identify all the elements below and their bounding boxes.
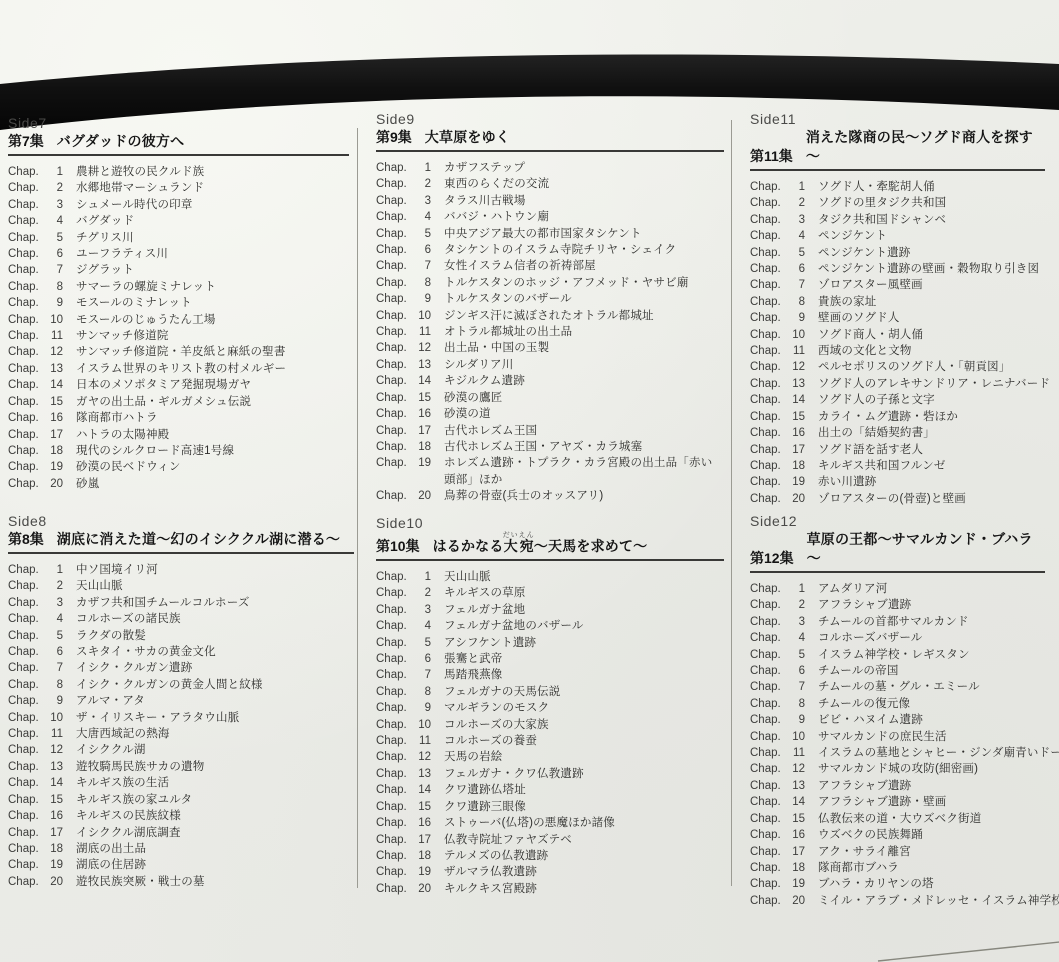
- section-heading: 第8集湖底に消えた道～幻のイシククル湖に潜る～: [8, 530, 354, 554]
- chapter-title: 古代ホレズム王国: [444, 423, 724, 439]
- chapter-number: 14: [410, 782, 431, 798]
- chapter-label: Chap.: [8, 394, 42, 410]
- chapter-row: Chap.12出土品・中国の玉製: [376, 340, 724, 356]
- chapter-row: Chap.17仏教寺院址ファヤズテベ: [376, 832, 724, 848]
- chapter-row: Chap.19ホレズム遺跡・トプラク・カラ宮殿の出土品「赤い頭部」ほか: [376, 455, 724, 488]
- chapter-number: 2: [784, 195, 805, 211]
- chapter-label: Chap.: [750, 310, 784, 326]
- chapter-number: 9: [784, 310, 805, 326]
- chapter-row: Chap.4ババジ・ハトウン廟: [376, 209, 724, 225]
- chapter-row: Chap.16隊商都市ハトラ: [8, 410, 349, 426]
- chapter-row: Chap.17イシククル湖底調査: [8, 825, 354, 841]
- chapter-title: 水郷地帯マーシュランド: [76, 180, 349, 196]
- chapter-row: Chap.11サンマッチ修道院: [8, 328, 349, 344]
- section-title-ruby: 大宛だいえん: [504, 538, 534, 554]
- chapter-label: Chap.: [8, 644, 42, 660]
- chapter-number: 14: [42, 775, 63, 791]
- chapter-number: 17: [410, 423, 431, 439]
- chapter-number: 6: [410, 651, 431, 667]
- chapter-title: コルホーズの諸民族: [76, 611, 354, 627]
- chapter-row: Chap.18キルギス共和国フルンゼ: [750, 458, 1045, 474]
- chapter-label: Chap.: [750, 261, 784, 277]
- chapter-number: 20: [42, 476, 63, 492]
- chapter-label: Chap.: [8, 279, 42, 295]
- chapter-number: 3: [410, 602, 431, 618]
- chapter-label: Chap.: [376, 357, 410, 373]
- chapter-number: 8: [410, 684, 431, 700]
- chapter-number: 5: [42, 628, 63, 644]
- section-heading: 第11集消えた隊商の民～ソグド商人を探す～: [750, 128, 1045, 171]
- chapter-label: Chap.: [376, 766, 410, 782]
- chapter-title: チムールの首都サマルカンド: [818, 614, 1045, 630]
- chapter-row: Chap.6ペンジケント遺跡の壁画・穀物取り引き図: [750, 261, 1045, 277]
- chapter-title: チムールの帝国: [818, 663, 1045, 679]
- chapter-row: Chap.2水郷地帯マーシュランド: [8, 180, 349, 196]
- chapter-title: アムダリア河: [818, 581, 1045, 597]
- chapter-number: 10: [410, 308, 431, 324]
- volume-label: 第8集: [8, 530, 44, 549]
- chapter-number: 20: [784, 893, 805, 909]
- chapter-title: ソグド人のアレキサンドリア・レニナバード: [818, 376, 1050, 392]
- section-title-prefix: はるかなる: [433, 538, 504, 554]
- chapter-label: Chap.: [376, 258, 410, 274]
- chapter-number: 7: [410, 258, 431, 274]
- side-section-side7: Side7第7集バグダッドの彼方へChap.1農耕と遊牧の民クルド族Chap.2…: [8, 116, 349, 492]
- chapter-number: 20: [410, 881, 431, 897]
- chapter-title: キルギスの草原: [444, 585, 724, 601]
- chapter-label: Chap.: [376, 881, 410, 897]
- chapter-number: 7: [410, 667, 431, 683]
- chapter-number: 17: [42, 427, 63, 443]
- chapter-number: 7: [42, 660, 63, 676]
- chapter-row: Chap.14アフラシャブ遺跡・壁画: [750, 794, 1045, 810]
- chapter-label: Chap.: [376, 585, 410, 601]
- chapter-number: 2: [410, 585, 431, 601]
- chapter-number: 18: [42, 841, 63, 857]
- chapter-row: Chap.4バグダッド: [8, 213, 349, 229]
- chapter-number: 5: [42, 230, 63, 246]
- chapter-title: キルギス共和国フルンゼ: [818, 458, 1045, 474]
- chapter-row: Chap.5アシフケント遺跡: [376, 635, 724, 651]
- chapter-row: Chap.5ペンジケント遺跡: [750, 245, 1045, 261]
- chapter-list: Chap.1アムダリア河Chap.2アフラシャブ遺跡Chap.3チムールの首都サ…: [750, 581, 1045, 909]
- chapter-number: 15: [410, 799, 431, 815]
- chapter-title: キルギスの民族紋様: [76, 808, 354, 824]
- chapter-title: キルクキス宮殿跡: [444, 881, 724, 897]
- chapter-title: シルダリア川: [444, 357, 724, 373]
- chapter-title: アフラシャブ遺跡: [818, 778, 1045, 794]
- chapter-label: Chap.: [750, 647, 784, 663]
- chapter-label: Chap.: [750, 844, 784, 860]
- chapter-number: 14: [410, 373, 431, 389]
- chapter-row: Chap.11イスラムの墓地とシャヒー・ジンダ廟青いドーム: [750, 745, 1045, 761]
- chapter-label: Chap.: [8, 377, 42, 393]
- chapter-row: Chap.2東西のらくだの交流: [376, 176, 724, 192]
- chapter-label: Chap.: [750, 442, 784, 458]
- volume-label: 第11集: [750, 147, 793, 166]
- chapter-label: Chap.: [376, 749, 410, 765]
- chapter-label: Chap.: [8, 710, 42, 726]
- chapter-row: Chap.19ザルマラ仏教遺跡: [376, 864, 724, 880]
- side-label: Side9: [376, 112, 724, 127]
- chapter-title: アク・サライ離宮: [818, 844, 1045, 860]
- chapter-label: Chap.: [8, 857, 42, 873]
- chapter-title: 農耕と遊牧の民クルド族: [76, 164, 349, 180]
- chapter-title: ソグドの里タジク共和国: [818, 195, 1045, 211]
- chapter-row: Chap.9壁画のソグド人: [750, 310, 1045, 326]
- chapter-label: Chap.: [750, 359, 784, 375]
- chapter-row: Chap.10コルホーズの大家族: [376, 717, 724, 733]
- chapter-label: Chap.: [750, 761, 784, 777]
- chapter-number: 11: [410, 733, 431, 749]
- chapter-number: 3: [410, 193, 431, 209]
- chapter-number: 4: [410, 618, 431, 634]
- chapter-title: キルギス族の生活: [76, 775, 354, 791]
- ruby-base: 大宛: [503, 538, 535, 554]
- chapter-title: ホレズム遺跡・トプラク・カラ宮殿の出土品「赤い頭部」ほか: [444, 455, 724, 488]
- chapter-title: コルホーズの養蚕: [444, 733, 724, 749]
- chapter-number: 14: [784, 794, 805, 810]
- chapter-title: 出土品・中国の玉製: [444, 340, 724, 356]
- chapter-number: 2: [42, 578, 63, 594]
- chapter-row: Chap.20鳥葬の骨壺(兵士のオッスアリ): [376, 488, 724, 504]
- chapter-list: Chap.1農耕と遊牧の民クルド族Chap.2水郷地帯マーシュランドChap.3…: [8, 164, 349, 492]
- chapter-title: ハトラの太陽神殿: [76, 427, 349, 443]
- chapter-row: Chap.20砂嵐: [8, 476, 349, 492]
- chapter-title: 大唐西域記の熱海: [76, 726, 354, 742]
- chapter-number: 19: [42, 459, 63, 475]
- chapter-title: チムールの墓・グル・エミール: [818, 679, 1045, 695]
- chapter-label: Chap.: [8, 312, 42, 328]
- chapter-label: Chap.: [8, 295, 42, 311]
- chapter-label: Chap.: [8, 262, 42, 278]
- chapter-list: Chap.1ソグド人・牽駝胡人俑Chap.2ソグドの里タジク共和国Chap.3タ…: [750, 179, 1045, 507]
- chapter-number: 4: [42, 611, 63, 627]
- chapter-row: Chap.20遊牧民族突厥・戦士の墓: [8, 874, 354, 890]
- chapter-number: 5: [410, 226, 431, 242]
- chapter-row: Chap.7イシク・クルガン遺跡: [8, 660, 354, 676]
- chapter-number: 11: [784, 343, 805, 359]
- chapter-title: 遊牧騎馬民族サカの遺物: [76, 759, 354, 775]
- chapter-label: Chap.: [750, 745, 784, 761]
- chapter-title: バグダッド: [76, 213, 349, 229]
- chapter-row: Chap.17古代ホレズム王国: [376, 423, 724, 439]
- chapter-title: 日本のメソポタミア発掘現場ガヤ: [76, 377, 349, 393]
- section-title: 消えた隊商の民～ソグド商人を探す～: [806, 128, 1045, 166]
- chapter-title: サンマッチ修道院・羊皮紙と麻紙の聖書: [76, 344, 349, 360]
- chapter-row: Chap.19ブハラ・カリヤンの塔: [750, 876, 1045, 892]
- chapter-title: クワ遺跡仏塔址: [444, 782, 724, 798]
- chapter-title: アフラシャブ遺跡: [818, 597, 1045, 613]
- chapter-label: Chap.: [376, 439, 410, 455]
- chapter-label: Chap.: [8, 361, 42, 377]
- chapter-list: Chap.1中ソ国境イリ河Chap.2天山山脈Chap.3カザフ共和国チムールコ…: [8, 562, 354, 890]
- chapter-title: ジンギス汗に滅ぼされたオトラル都城址: [444, 308, 724, 324]
- chapter-label: Chap.: [376, 602, 410, 618]
- chapter-number: 1: [784, 581, 805, 597]
- chapter-label: Chap.: [8, 841, 42, 857]
- chapter-row: Chap.9モスールのミナレット: [8, 295, 349, 311]
- chapter-list: Chap.1天山山脈Chap.2キルギスの草原Chap.3フェルガナ盆地Chap…: [376, 569, 724, 897]
- chapter-row: Chap.13アフラシャブ遺跡: [750, 778, 1045, 794]
- chapter-number: 18: [410, 439, 431, 455]
- chapter-label: Chap.: [750, 712, 784, 728]
- chapter-title: 砂漠の鷹匠: [444, 390, 724, 406]
- chapter-label: Chap.: [8, 476, 42, 492]
- chapter-row: Chap.2アフラシャブ遺跡: [750, 597, 1045, 613]
- chapter-row: Chap.17アク・サライ離宮: [750, 844, 1045, 860]
- chapter-title: サマルカンドの庶民生活: [818, 729, 1045, 745]
- chapter-number: 8: [42, 677, 63, 693]
- chapter-number: 15: [784, 409, 805, 425]
- chapter-title: マルギランのモスク: [444, 700, 724, 716]
- chapter-row: Chap.8貴族の家址: [750, 294, 1045, 310]
- chapter-row: Chap.14キルギス族の生活: [8, 775, 354, 791]
- side-label: Side7: [8, 116, 349, 131]
- chapter-number: 16: [42, 808, 63, 824]
- chapter-row: Chap.16出土の「結婚契約書」: [750, 425, 1045, 441]
- chapter-row: Chap.20ゾロアスターの(骨壺)と壁画: [750, 491, 1045, 507]
- chapter-title: 出土の「結婚契約書」: [818, 425, 1045, 441]
- chapter-row: Chap.7チムールの墓・グル・エミール: [750, 679, 1045, 695]
- chapter-number: 5: [410, 635, 431, 651]
- chapter-title: 赤い川遺跡: [818, 474, 1045, 490]
- chapter-number: 19: [784, 876, 805, 892]
- chapter-row: Chap.12サンマッチ修道院・羊皮紙と麻紙の聖書: [8, 344, 349, 360]
- chapter-row: Chap.13フェルガナ・クワ仏教遺跡: [376, 766, 724, 782]
- chapter-title: 仏教寺院址ファヤズテベ: [444, 832, 724, 848]
- chapter-number: 8: [784, 696, 805, 712]
- chapter-number: 11: [410, 324, 431, 340]
- chapter-label: Chap.: [8, 628, 42, 644]
- side-section-side10: Side10第10集はるかなる大宛だいえん～天馬を求めて～Chap.1天山山脈C…: [376, 516, 724, 897]
- section-title: 草原の王都～サマルカンド・ブハラ～: [807, 530, 1045, 568]
- chapter-number: 6: [410, 242, 431, 258]
- chapter-label: Chap.: [8, 808, 42, 824]
- chapter-title: 湖底の住居跡: [76, 857, 354, 873]
- chapter-row: Chap.5イスラム神学校・レギスタン: [750, 647, 1045, 663]
- section-title: 湖底に消えた道～幻のイシククル湖に潜る～: [57, 530, 340, 549]
- chapter-row: Chap.5中央アジア最大の都市国家タシケント: [376, 226, 724, 242]
- chapter-row: Chap.20キルクキス宮殿跡: [376, 881, 724, 897]
- chapter-row: Chap.6スキタイ・サカの黄金文化: [8, 644, 354, 660]
- chapter-row: Chap.13イスラム世界のキリスト教の村メルギー: [8, 361, 349, 377]
- chapter-title: イスラム神学校・レギスタン: [818, 647, 1045, 663]
- chapter-title: ユーフラティス川: [76, 246, 349, 262]
- chapter-label: Chap.: [750, 212, 784, 228]
- chapter-title: テルメズの仏教遺跡: [444, 848, 724, 864]
- volume-label: 第10集: [376, 537, 420, 556]
- chapter-label: Chap.: [8, 427, 42, 443]
- chapter-number: 4: [784, 630, 805, 646]
- chapter-title: 天山山脈: [76, 578, 354, 594]
- chapter-title: オトラル都城址の出土品: [444, 324, 724, 340]
- chapter-number: 12: [784, 359, 805, 375]
- chapter-title: ババジ・ハトウン廟: [444, 209, 724, 225]
- chapter-row: Chap.1アムダリア河: [750, 581, 1045, 597]
- chapter-number: 16: [410, 815, 431, 831]
- chapter-number: 16: [410, 406, 431, 422]
- chapter-number: 17: [784, 442, 805, 458]
- chapter-number: 10: [42, 710, 63, 726]
- chapter-row: Chap.10ジンギス汗に滅ぼされたオトラル都城址: [376, 308, 724, 324]
- chapter-row: Chap.11コルホーズの養蚕: [376, 733, 724, 749]
- chapter-label: Chap.: [8, 775, 42, 791]
- chapter-title: タラス川古戦場: [444, 193, 724, 209]
- chapter-label: Chap.: [8, 726, 42, 742]
- chapter-row: Chap.17ハトラの太陽神殿: [8, 427, 349, 443]
- chapter-number: 10: [784, 729, 805, 745]
- chapter-number: 14: [42, 377, 63, 393]
- chapter-row: Chap.13ソグド人のアレキサンドリア・レニナバード: [750, 376, 1045, 392]
- chapter-label: Chap.: [376, 291, 410, 307]
- chapter-label: Chap.: [376, 242, 410, 258]
- chapter-number: 2: [42, 180, 63, 196]
- chapter-row: Chap.19湖底の住居跡: [8, 857, 354, 873]
- chapter-row: Chap.6張騫と武帝: [376, 651, 724, 667]
- chapter-row: Chap.10モスールのじゅうたん工場: [8, 312, 349, 328]
- chapter-number: 13: [42, 361, 63, 377]
- chapter-number: 3: [784, 212, 805, 228]
- chapter-row: Chap.11大唐西域記の熱海: [8, 726, 354, 742]
- chapter-title: トルケスタンのホッジ・アフメッド・ヤサビ廟: [444, 275, 724, 291]
- chapter-row: Chap.14クワ遺跡仏塔址: [376, 782, 724, 798]
- chapter-label: Chap.: [8, 230, 42, 246]
- chapter-label: Chap.: [8, 246, 42, 262]
- chapter-label: Chap.: [750, 376, 784, 392]
- chapter-number: 9: [410, 291, 431, 307]
- chapter-number: 7: [784, 679, 805, 695]
- chapter-row: Chap.16ウズベクの民族舞踊: [750, 827, 1045, 843]
- chapter-row: Chap.5ラクダの散髪: [8, 628, 354, 644]
- chapter-row: Chap.12イシククル湖: [8, 742, 354, 758]
- chapter-row: Chap.19砂漠の民ベドウィン: [8, 459, 349, 475]
- chapter-row: Chap.18現代のシルクロード高速1号線: [8, 443, 349, 459]
- chapter-label: Chap.: [750, 294, 784, 310]
- chapter-title: ソグド商人・胡人俑: [818, 327, 1045, 343]
- chapter-row: Chap.1天山山脈: [376, 569, 724, 585]
- chapter-title: 東西のらくだの交流: [444, 176, 724, 192]
- side-section-side12: Side12第12集草原の王都～サマルカンド・ブハラ～Chap.1アムダリア河C…: [750, 514, 1045, 909]
- chapter-label: Chap.: [376, 308, 410, 324]
- chapter-label: Chap.: [376, 193, 410, 209]
- chapter-row: Chap.8フェルガナの天馬伝説: [376, 684, 724, 700]
- chapter-label: Chap.: [376, 488, 410, 504]
- chapter-label: Chap.: [376, 176, 410, 192]
- chapter-number: 19: [784, 474, 805, 490]
- chapter-label: Chap.: [8, 759, 42, 775]
- chapter-row: Chap.1中ソ国境イリ河: [8, 562, 354, 578]
- chapter-row: Chap.9ビビ・ハヌイム遺跡: [750, 712, 1045, 728]
- chapter-row: Chap.13遊牧騎馬民族サカの遺物: [8, 759, 354, 775]
- chapter-title: アフラシャブ遺跡・壁画: [818, 794, 1045, 810]
- side-section-side8: Side8第8集湖底に消えた道～幻のイシククル湖に潜る～Chap.1中ソ国境イリ…: [8, 514, 354, 890]
- chapter-title: フェルガナ・クワ仏教遺跡: [444, 766, 724, 782]
- chapter-row: Chap.15クワ遺跡三眼像: [376, 799, 724, 815]
- chapter-title: イスラムの墓地とシャヒー・ジンダ廟青いドーム: [818, 745, 1059, 761]
- chapter-title: 張騫と武帝: [444, 651, 724, 667]
- chapter-row: Chap.15砂漠の鷹匠: [376, 390, 724, 406]
- chapter-title: 現代のシルクロード高速1号線: [76, 443, 349, 459]
- chapter-number: 12: [42, 344, 63, 360]
- chapter-label: Chap.: [376, 390, 410, 406]
- chapter-label: Chap.: [750, 245, 784, 261]
- chapter-title: スキタイ・サカの黄金文化: [76, 644, 354, 660]
- chapter-label: Chap.: [376, 406, 410, 422]
- chapter-row: Chap.11西域の文化と文物: [750, 343, 1045, 359]
- side-section-side11: Side11第11集消えた隊商の民～ソグド商人を探す～Chap.1ソグド人・牽駝…: [750, 112, 1045, 507]
- chapter-row: Chap.16ストゥーバ(仏塔)の悪魔ほか諸像: [376, 815, 724, 831]
- chapter-row: Chap.15ガヤの出土品・ギルガメシュ伝説: [8, 394, 349, 410]
- chapter-number: 13: [410, 357, 431, 373]
- chapter-label: Chap.: [750, 474, 784, 490]
- chapter-label: Chap.: [376, 700, 410, 716]
- chapter-row: Chap.3タジク共和国ドシャンベ: [750, 212, 1045, 228]
- chapter-title: ザルマラ仏教遺跡: [444, 864, 724, 880]
- chapter-title: チムールの復元像: [818, 696, 1045, 712]
- chapter-number: 3: [784, 614, 805, 630]
- side-label: Side8: [8, 514, 354, 529]
- chapter-row: Chap.14キジルクム遺跡: [376, 373, 724, 389]
- chapter-row: Chap.4コルホーズバザール: [750, 630, 1045, 646]
- chapter-row: Chap.12サマルカンド城の攻防(細密画): [750, 761, 1045, 777]
- chapter-label: Chap.: [376, 275, 410, 291]
- chapter-title: サマルカンド城の攻防(細密画): [818, 761, 1045, 777]
- chapter-label: Chap.: [750, 860, 784, 876]
- chapter-label: Chap.: [8, 328, 42, 344]
- chapter-title: チグリス川: [76, 230, 349, 246]
- chapter-number: 12: [410, 749, 431, 765]
- chapter-label: Chap.: [376, 340, 410, 356]
- chapter-label: Chap.: [750, 425, 784, 441]
- chapter-label: Chap.: [8, 660, 42, 676]
- chapter-title: カライ・ムグ遺跡・砦ほか: [818, 409, 1045, 425]
- chapter-number: 15: [42, 394, 63, 410]
- chapter-label: Chap.: [376, 324, 410, 340]
- chapter-title: 中央アジア最大の都市国家タシケント: [444, 226, 724, 242]
- chapter-label: Chap.: [8, 459, 42, 475]
- chapter-row: Chap.1ソグド人・牽駝胡人俑: [750, 179, 1045, 195]
- chapter-row: Chap.19赤い川遺跡: [750, 474, 1045, 490]
- chapter-row: Chap.14ソグド人の子孫と文字: [750, 392, 1045, 408]
- chapter-label: Chap.: [750, 778, 784, 794]
- chapter-listing: Side7第7集バグダッドの彼方へChap.1農耕と遊牧の民クルド族Chap.2…: [0, 0, 1059, 962]
- chapter-title: タシケントのイスラム寺院チリヤ・シェイク: [444, 242, 724, 258]
- chapter-title: 西域の文化と文物: [818, 343, 1045, 359]
- chapter-number: 10: [410, 717, 431, 733]
- chapter-row: Chap.4ペンジケント: [750, 228, 1045, 244]
- chapter-number: 2: [784, 597, 805, 613]
- chapter-row: Chap.5チグリス川: [8, 230, 349, 246]
- chapter-label: Chap.: [376, 455, 410, 471]
- chapter-number: 11: [42, 328, 63, 344]
- chapter-title: シュメール時代の印章: [76, 197, 349, 213]
- chapter-number: 5: [784, 245, 805, 261]
- chapter-title: ソグド人の子孫と文字: [818, 392, 1045, 408]
- section-title-suffix: ～天馬を求めて～: [534, 538, 648, 554]
- chapter-label: Chap.: [750, 597, 784, 613]
- chapter-title: 天山山脈: [444, 569, 724, 585]
- chapter-label: Chap.: [8, 742, 42, 758]
- chapter-number: 1: [784, 179, 805, 195]
- chapter-row: Chap.8トルケスタンのホッジ・アフメッド・ヤサビ廟: [376, 275, 724, 291]
- chapter-number: 18: [42, 443, 63, 459]
- chapter-row: Chap.8チムールの復元像: [750, 696, 1045, 712]
- chapter-label: Chap.: [8, 595, 42, 611]
- chapter-title: ビビ・ハヌイム遺跡: [818, 712, 1045, 728]
- chapter-title: モスールのミナレット: [76, 295, 349, 311]
- chapter-label: Chap.: [750, 893, 784, 909]
